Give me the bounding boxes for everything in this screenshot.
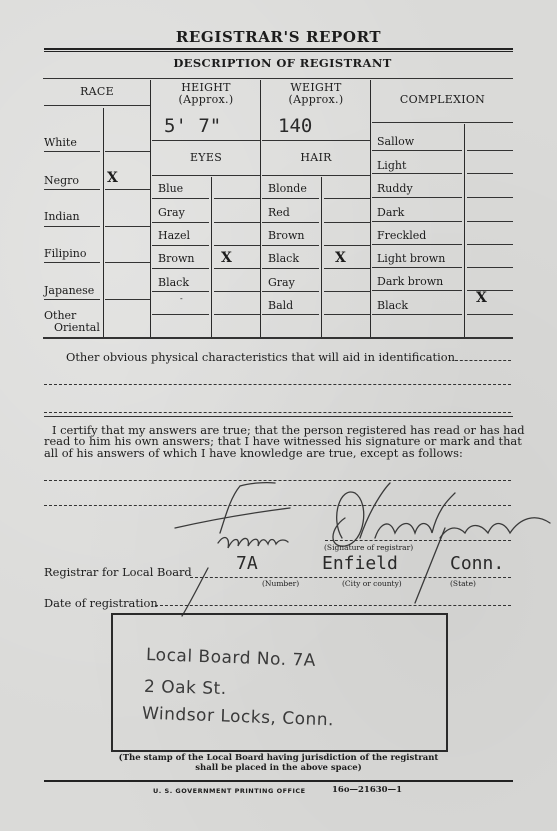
race-mark-rule [105, 189, 150, 190]
stamp-note-line-2: shall be placed in the above space) [0, 763, 557, 773]
registrars-report-card: REGISTRAR'S REPORT DESCRIPTION OF REGIST… [0, 0, 557, 831]
race-row-rule [44, 151, 100, 152]
local-board-city[interactable]: Enfield [322, 553, 398, 574]
complexion-row-rule [372, 150, 462, 151]
hair-option-red: Red [268, 206, 290, 219]
complexion-option-sallow: Sallow [377, 135, 414, 148]
race-row-rule [44, 226, 100, 227]
race-option-indian: Indian [44, 210, 80, 223]
title-rule-top [44, 48, 513, 50]
eyes-option-brown: Brown [158, 252, 194, 265]
form-code: 16o—21630—1 [332, 785, 402, 795]
hair-option-gray: Gray [268, 276, 295, 289]
document-subtitle: DESCRIPTION OF REGISTRANT [0, 56, 557, 70]
physical-characteristics-line-2[interactable] [44, 384, 511, 385]
hair-option-black: Black [268, 252, 299, 265]
race-row-rule [44, 299, 100, 300]
physical-characteristics-label: Other obvious physical characteristics t… [66, 350, 455, 365]
eyes-mark-divider [211, 177, 212, 337]
complexion-mark-rule [467, 314, 513, 315]
hair-mark-rule [324, 222, 370, 223]
eyes-option-gray: Gray [158, 206, 185, 219]
race-header-rule [44, 105, 150, 106]
complexion-mark-rule [467, 267, 513, 268]
hair-header-rule [262, 175, 370, 176]
hair-mark-divider [321, 177, 322, 337]
race-header: RACE [44, 86, 150, 98]
hair-mark-rule [324, 268, 370, 269]
eyes-header: EYES [152, 152, 260, 164]
hair-mark-rule [324, 291, 370, 292]
signature-line[interactable] [325, 540, 511, 541]
complexion-mark-rule [467, 221, 513, 222]
col-divider-race-height [150, 80, 151, 337]
race-mark-divider [103, 108, 104, 337]
stamp-note-line-1: (The stamp of the Local Board having jur… [0, 753, 557, 763]
stamp-note: (The stamp of the Local Board having jur… [0, 753, 557, 773]
date-of-registration-label: Date of registration [44, 596, 158, 611]
hair-row-rule [262, 314, 319, 315]
weight-value[interactable]: 140 [278, 115, 312, 137]
hair-option-brown: Brown [268, 229, 304, 242]
hair-row-rule [262, 198, 319, 199]
state-caption: (State) [450, 579, 476, 588]
eyes-mark-rule [214, 268, 260, 269]
eyes-row-rule [152, 268, 209, 269]
complexion-mark-rule [467, 290, 513, 291]
local-board-label: Registrar for Local Board [44, 565, 192, 580]
complexion-row-rule [372, 314, 462, 315]
hair-row-rule [262, 245, 319, 246]
hair-option-blonde: Blonde [268, 182, 307, 195]
eyes-option-blank: - [180, 294, 183, 303]
race-row-rule [44, 262, 100, 263]
complexion-mark-black[interactable]: X [476, 290, 487, 306]
complexion-row-rule [372, 197, 462, 198]
eyes-row-rule [152, 222, 209, 223]
complexion-option-light-brown: Light brown [377, 252, 445, 265]
weight-rule [262, 140, 370, 141]
hair-mark-rule [324, 314, 370, 315]
race-option-filipino: Filipino [44, 247, 86, 260]
eyes-row-rule [152, 314, 209, 315]
eyes-mark-rule [214, 222, 260, 223]
document-title: REGISTRAR'S REPORT [0, 28, 557, 46]
eyes-row-rule [152, 291, 209, 292]
table-top-border [43, 78, 513, 79]
eyes-mark-rule [214, 314, 260, 315]
col-divider-weight-complexion [370, 80, 371, 337]
complexion-option-dark-brown: Dark brown [377, 275, 443, 288]
complexion-option-ruddy: Ruddy [377, 182, 413, 195]
eyes-mark-rule [214, 245, 260, 246]
col-divider-height-weight [260, 80, 261, 337]
hair-mark-rule [324, 198, 370, 199]
number-caption: (Number) [262, 579, 299, 588]
complexion-mark-rule [467, 150, 513, 151]
local-board-line[interactable] [190, 577, 511, 578]
local-board-state[interactable]: Conn. [450, 553, 504, 574]
physical-characteristics-line-3[interactable] [44, 412, 511, 413]
race-mark-negro[interactable]: X [107, 170, 118, 186]
physical-characteristics-field[interactable] [455, 360, 511, 361]
race-option-negro: Negro [44, 174, 79, 187]
race-mark-rule [105, 151, 150, 152]
complexion-header: COMPLEXION [372, 94, 513, 106]
complexion-mark-rule [467, 197, 513, 198]
race-mark-rule [105, 299, 150, 300]
complexion-option-black: Black [377, 299, 408, 312]
complexion-row-rule [372, 173, 462, 174]
certification-line-3: all of his answers of which I have knowl… [44, 446, 463, 461]
hair-mark-rule [324, 245, 370, 246]
complexion-mark-rule [467, 173, 513, 174]
weight-header-approx: (Approx.) [262, 94, 370, 106]
complexion-row-rule [372, 267, 462, 268]
local-board-number[interactable]: 7A [236, 553, 258, 574]
stamp-line-2: 2 Oak St. [144, 674, 227, 702]
race-option-white: White [44, 136, 77, 149]
hair-row-rule [262, 222, 319, 223]
complexion-header-rule [372, 122, 513, 123]
race-option-oriental: Oriental [54, 321, 100, 334]
race-mark-rule [105, 262, 150, 263]
eyes-mark-brown[interactable]: X [221, 250, 232, 266]
city-caption: (City or county) [342, 579, 402, 588]
hair-row-rule [262, 268, 319, 269]
eyes-option-hazel: Hazel [158, 229, 190, 242]
race-row-rule [44, 189, 100, 190]
eyes-row-rule [152, 198, 209, 199]
race-mark-rule [105, 226, 150, 227]
title-rule-bottom [44, 51, 513, 52]
hair-row-rule [262, 291, 319, 292]
eyes-row-rule [152, 245, 209, 246]
hair-mark-black[interactable]: X [335, 250, 346, 266]
height-header-approx: (Approx.) [152, 94, 260, 106]
eyes-mark-rule [214, 291, 260, 292]
section-rule [44, 416, 513, 417]
complexion-option-freckled: Freckled [377, 229, 426, 242]
complexion-option-dark: Dark [377, 206, 404, 219]
complexion-row-rule [372, 290, 462, 291]
eyes-option-blue: Blue [158, 182, 183, 195]
signature-caption: (Signature of registrar) [324, 543, 413, 552]
hair-option-bald: Bald [268, 299, 293, 312]
height-rule [152, 140, 260, 141]
eyes-mark-rule [214, 198, 260, 199]
complexion-mark-rule [467, 244, 513, 245]
height-value[interactable]: 5' 7" [164, 115, 221, 137]
eyes-header-rule [152, 175, 260, 176]
complexion-option-light: Light [377, 159, 406, 172]
complexion-mark-divider [464, 124, 465, 337]
complexion-row-rule [372, 221, 462, 222]
eyes-option-black: Black [158, 276, 189, 289]
hair-header: HAIR [262, 152, 370, 164]
printer-name: U. S. GOVERNMENT PRINTING OFFICE [153, 787, 306, 795]
table-bottom-border [43, 337, 513, 339]
footer-rule [44, 780, 513, 782]
date-of-registration-field[interactable] [155, 605, 511, 606]
race-option-japanese: Japanese [44, 284, 94, 297]
complexion-row-rule [372, 244, 462, 245]
